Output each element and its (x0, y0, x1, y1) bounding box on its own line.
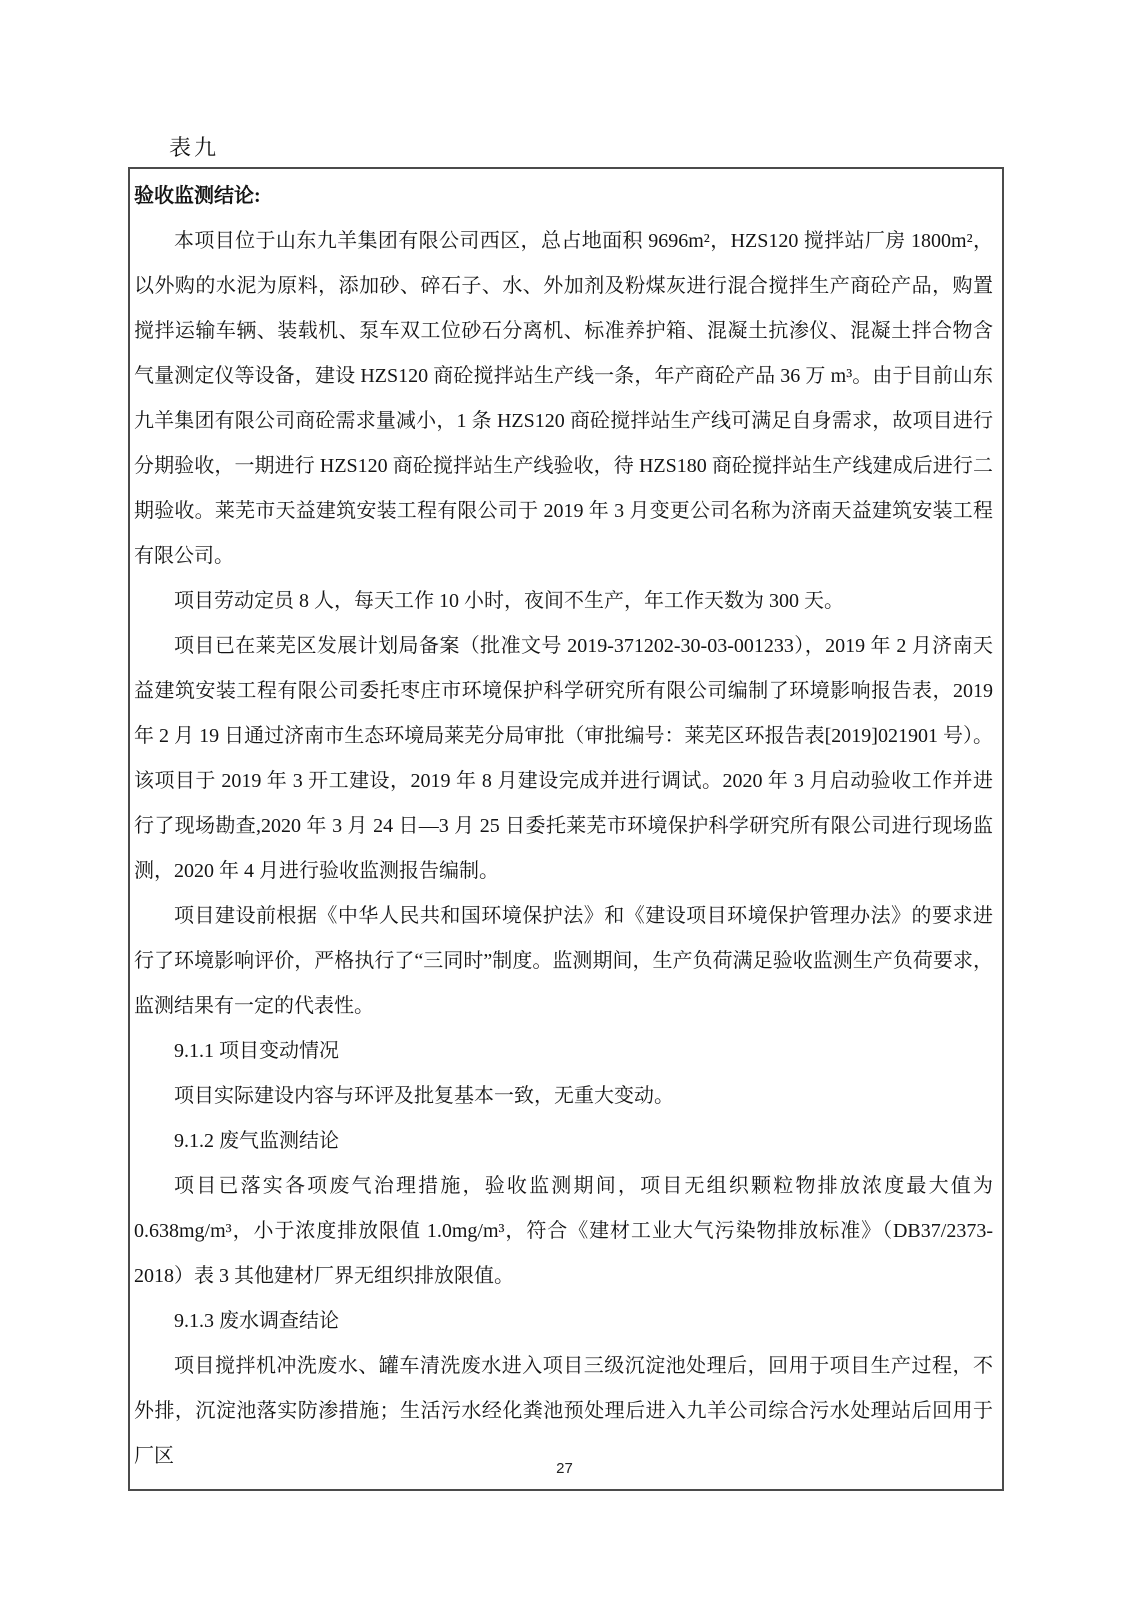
conclusion-body: 本项目位于山东九羊集团有限公司西区，总占地面积 9696m²，HZS120 搅拌… (134, 219, 993, 1479)
paragraph: 项目劳动定员 8 人，每天工作 10 小时，夜间不生产，年工作天数为 300 天… (134, 579, 993, 624)
table-label: 表九 (169, 131, 219, 162)
paragraph: 项目已落实各项废气治理措施，验收监测期间，项目无组织颗粒物排放浓度最大值为 0.… (134, 1164, 993, 1299)
paragraph: 项目建设前根据《中华人民共和国环境保护法》和《建设项目环境保护管理办法》的要求进… (134, 894, 993, 1029)
conclusion-table-box: 验收监测结论: 本项目位于山东九羊集团有限公司西区，总占地面积 9696m²，H… (128, 167, 1004, 1491)
page-number: 27 (0, 1460, 1129, 1477)
paragraph: 项目搅拌机冲洗废水、罐车清洗废水进入项目三级沉淀池处理后，回用于项目生产过程，不… (134, 1344, 993, 1479)
paragraph: 本项目位于山东九羊集团有限公司西区，总占地面积 9696m²，HZS120 搅拌… (134, 219, 993, 579)
section-heading: 9.1.1 项目变动情况 (134, 1029, 993, 1074)
document-page: 表九 验收监测结论: 本项目位于山东九羊集团有限公司西区，总占地面积 9696m… (0, 0, 1129, 1600)
section-heading: 9.1.3 废水调查结论 (134, 1299, 993, 1344)
section-heading: 9.1.2 废气监测结论 (134, 1119, 993, 1164)
paragraph: 项目实际建设内容与环评及批复基本一致，无重大变动。 (134, 1074, 993, 1119)
paragraph: 项目已在莱芜区发展计划局备案（批准文号 2019-371202-30-03-00… (134, 624, 993, 894)
conclusion-heading: 验收监测结论: (134, 174, 993, 219)
